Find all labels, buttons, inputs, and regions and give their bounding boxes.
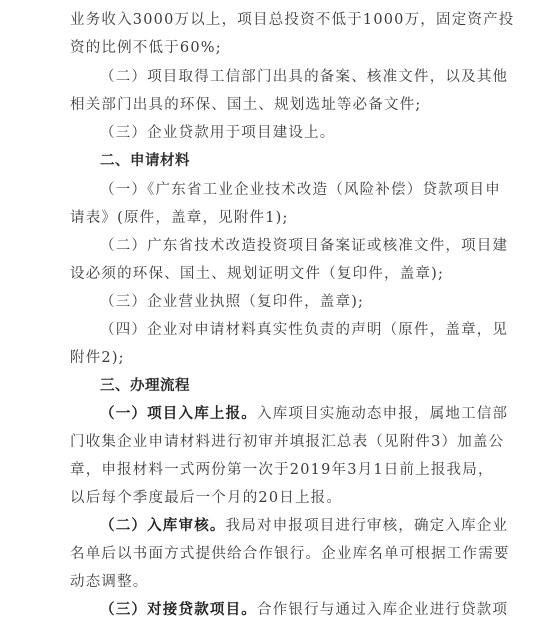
process-item-title: （二）入库审核。 [100,517,226,534]
body-line: （一）《广东省工业企业技术改造（风险补偿）贷款项目申 [100,180,460,200]
document-page: 业务收入3000万以上，项目总投资不低于1000万，固定资产投 资的比例不低于6… [0,0,550,631]
body-line: （三）企业贷款用于项目建设上。 [100,123,460,143]
body-line: （四）企业对申请材料真实性负责的声明（原件，盖章，见 [100,320,460,340]
process-item-first-line: （三）对接贷款项目。合作银行与通过入库企业进行贷款项 [100,600,460,620]
body-line: 请表》(原件，盖章，见附件1); [70,208,460,228]
body-line: 业务收入3000万以上，项目总投资不低于1000万，固定资产投 [70,10,460,30]
body-line: 以后每个季度最后一个月的20日上报。 [70,488,460,508]
section-heading-process: 三、办理流程 [100,376,460,396]
body-line: （二）项目取得工信部门出具的备案、核准文件，以及其他 [100,67,460,87]
body-line: 名单后以书面方式提供给合作银行。企业库名单可根据工作需要 [70,544,460,564]
body-line: 门收集企业申请材料进行初审并填报汇总表（见附件3）加盖公 [70,432,460,452]
section-heading-application-materials: 二、申请材料 [100,151,460,171]
body-line: 资的比例不低于60%; [70,38,460,58]
body-line: （二）广东省技术改造投资项目备案证或核准文件，项目建 [100,236,460,256]
body-line: 动态调整。 [70,572,460,592]
body-line: 附件2); [70,348,460,368]
process-item-title: （一）项目入库上报。 [100,405,257,422]
body-line: 相关部门出具的环保、国土、规划选址等必备文件; [70,95,460,115]
body-line: 设必须的环保、国土、规划证明文件（复印件，盖章); [70,264,460,284]
body-line: （三）企业营业执照（复印件，盖章); [100,292,460,312]
body-line: 章，申报材料一式两份第一次于2019年3月1日前上报我局， [70,460,460,480]
process-item-first-line: （一）项目入库上报。入库项目实施动态申报，属地工信部 [100,404,460,424]
process-item-title: （三）对接贷款项目。 [100,601,257,618]
process-item-first-line: （二）入库审核。我局对申报项目进行审核，确定入库企业 [100,516,460,536]
